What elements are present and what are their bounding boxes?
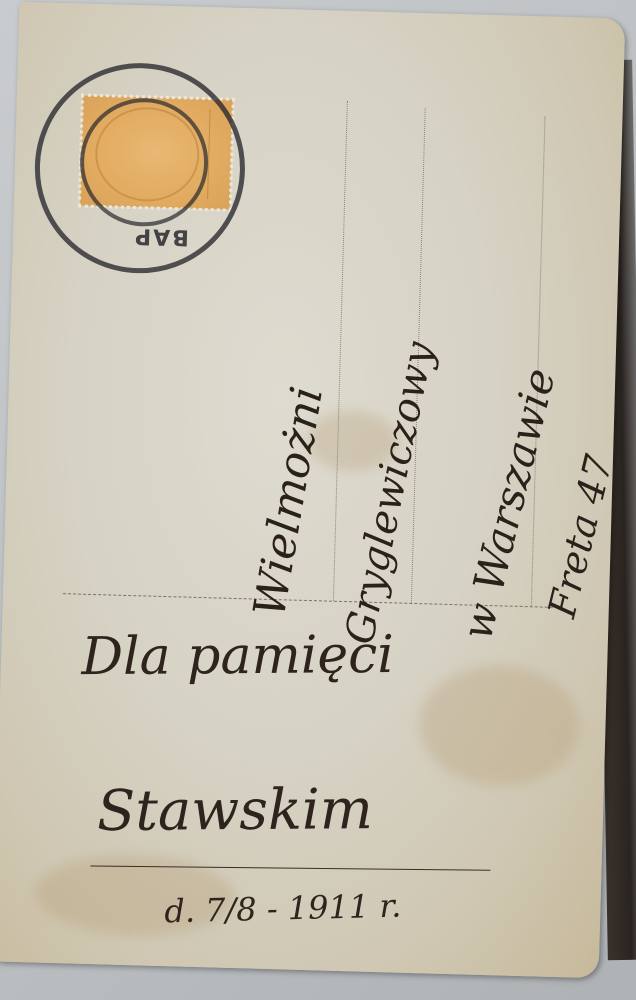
address-line-2: Gryglewiczowy xyxy=(337,338,444,648)
address-line-4: Freta 47 xyxy=(540,451,622,622)
message-greeting: Dla pamięci xyxy=(81,625,394,687)
address-rule xyxy=(333,101,348,601)
postmark-inner-ring xyxy=(78,97,210,229)
message-signature: Stawskim xyxy=(97,777,373,844)
postcard: ВАР Wielmożni Gryglewiczowy w Warszawie … xyxy=(0,2,625,979)
paper-stain xyxy=(418,663,581,787)
address-rule xyxy=(531,116,546,606)
message-date: d. 7/8 - 1911 r. xyxy=(164,887,402,931)
address-line-1: Wielmożni xyxy=(244,383,333,621)
postmark-code: ВАР xyxy=(133,223,190,250)
